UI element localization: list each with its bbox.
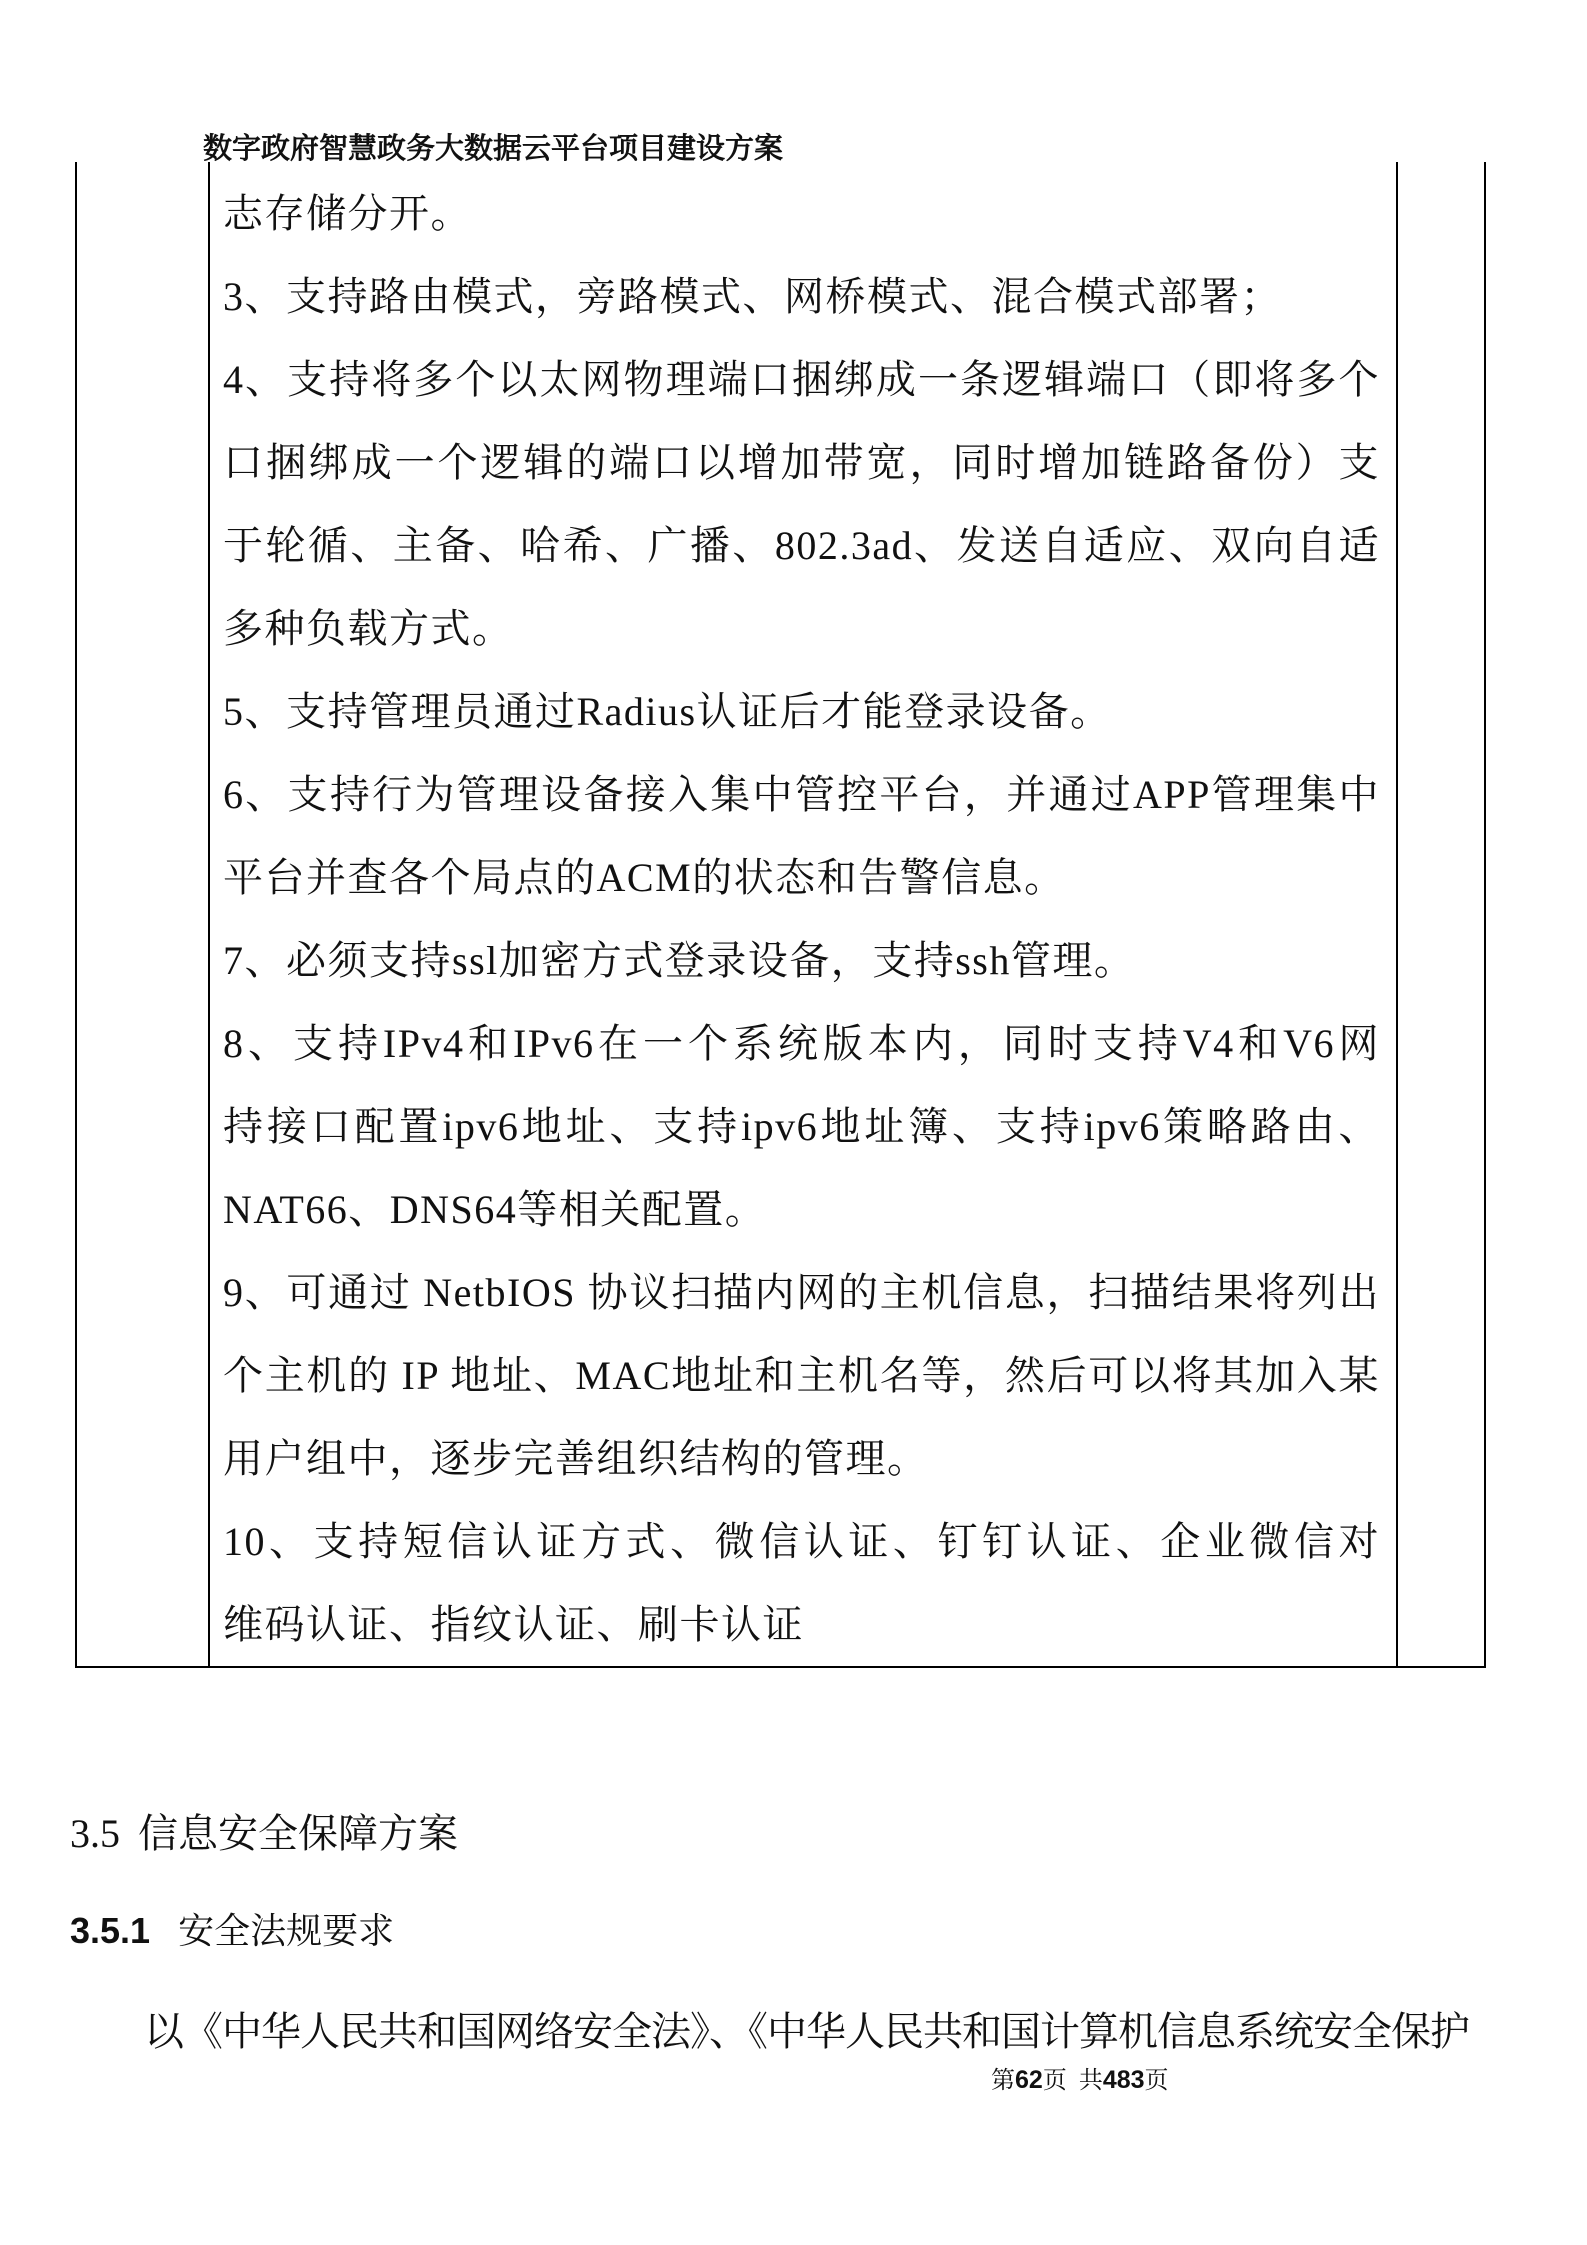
table-line: 6、支持行为管理设备接入集中管控平台，并通过APP管理集中管理	[223, 753, 1380, 836]
page-header-title: 数字政府智慧政务大数据云平台项目建设方案	[203, 126, 783, 167]
footer-suffix: 页	[1145, 2068, 1169, 2094]
table-line: 维码认证、指纹认证、刷卡认证	[223, 1583, 1380, 1666]
table-col-left	[77, 162, 210, 1666]
table-line: 7、必须支持ssl加密方式登录设备，支持ssh管理。	[223, 919, 1380, 1002]
spec-table: 志存储分开。3、支持路由模式，旁路模式、网桥模式、混合模式部署；4、支持将多个以…	[75, 162, 1486, 1668]
table-line: 个主机的 IP 地址、MAC地址和主机名等，然后可以将其加入某个	[223, 1334, 1380, 1417]
section-heading-2: 3.5信息安全保障方案	[70, 1802, 458, 1859]
table-content: 志存储分开。3、支持路由模式，旁路模式、网桥模式、混合模式部署；4、支持将多个以…	[210, 162, 1396, 1666]
table-line: 多种负载方式。	[223, 587, 1380, 670]
body-paragraph: 以《中华人民共和国网络安全法》、《中华人民共和国计算机信息系统安全保护	[144, 2000, 1469, 2057]
table-line: 用户组中，逐步完善组织结构的管理。	[223, 1417, 1380, 1500]
footer-label-total: 共	[1079, 2068, 1103, 2094]
table-line: NAT66、DNS64等相关配置。	[223, 1168, 1380, 1251]
table-line: 9、可通过 NetbIOS 协议扫描内网的主机信息，扫描结果将列出每	[223, 1251, 1380, 1334]
table-line: 10、支持短信认证方式、微信认证、钉钉认证、企业微信对接、二	[223, 1500, 1380, 1583]
table-line: 平台并查各个局点的ACM的状态和告警信息。	[223, 836, 1380, 919]
table-line: 3、支持路由模式，旁路模式、网桥模式、混合模式部署；	[223, 255, 1380, 338]
table-line: 8、支持IPv4和IPv6在一个系统版本内，同时支持V4和V6网络；支	[223, 1002, 1380, 1085]
section-heading-3: 3.5.1安全法规要求	[70, 1903, 394, 1954]
footer-prefix: 第	[991, 2068, 1015, 2094]
heading-2-number: 3.5	[70, 1811, 120, 1856]
heading-3-number: 3.5.1	[70, 1910, 150, 1951]
page-footer: 第62页共483页	[991, 2060, 1169, 2095]
footer-label-page: 页	[1043, 2068, 1067, 2094]
table-line: 5、支持管理员通过Radius认证后才能登录设备。	[223, 670, 1380, 753]
total-pages: 483	[1103, 2066, 1145, 2094]
table-line: 持接口配置ipv6地址、支持ipv6地址簿、支持ipv6策略路由、NAT64、	[223, 1085, 1380, 1168]
table-line: 4、支持将多个以太网物理端口捆绑成一条逻辑端口（即将多个端	[223, 338, 1380, 421]
table-col-right	[1396, 162, 1484, 1666]
heading-3-title: 安全法规要求	[178, 1911, 394, 1951]
table-line: 于轮循、主备、哈希、广播、802.3ad、发送自适应、双向自适应	[223, 504, 1380, 587]
table-line: 志存储分开。	[223, 172, 1380, 255]
table-line: 口捆绑成一个逻辑的端口以增加带宽，同时增加链路备份）支持基	[223, 421, 1380, 504]
heading-2-title: 信息安全保障方案	[138, 1811, 458, 1856]
document-page: 数字政府智慧政务大数据云平台项目建设方案 志存储分开。3、支持路由模式，旁路模式…	[0, 0, 1587, 2245]
page-number: 62	[1015, 2066, 1043, 2094]
